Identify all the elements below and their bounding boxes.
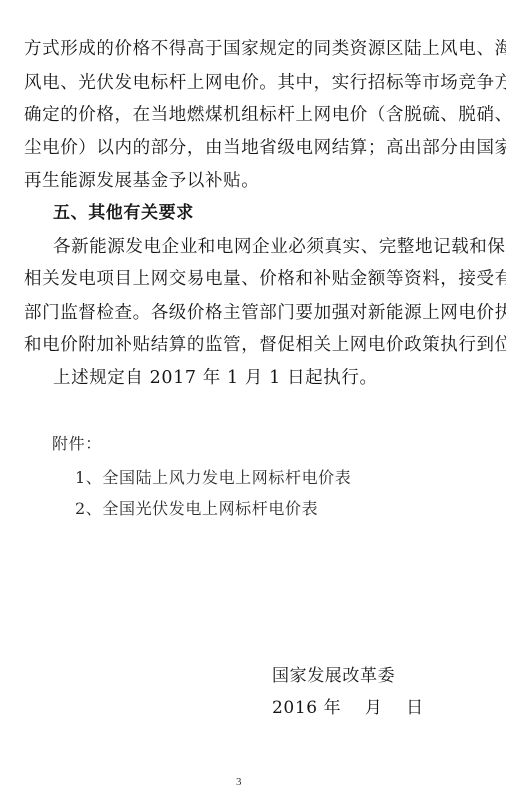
issuer-signature: 国家发展改革委 xyxy=(272,665,395,687)
paragraph-line: 方式形成的价格不得高于国家规定的同类资源区陆上风电、海上 xyxy=(24,38,506,60)
paragraph-line: 和电价附加补贴结算的监管，督促相关上网电价政策执行到位。 xyxy=(24,334,506,356)
effective-date: 上述规定自 2017 年 1 月 1 日起执行。 xyxy=(53,367,378,389)
attachments-label: 附件： xyxy=(52,433,102,455)
page-number: 3 xyxy=(236,776,242,788)
section-heading: 五、其他有关要求 xyxy=(53,202,194,224)
attachment-item: 2、全国光伏发电上网标杆电价表 xyxy=(75,498,318,520)
paragraph-line: 确定的价格，在当地燃煤机组标杆上网电价（含脱硫、脱硝、除 xyxy=(24,104,506,126)
signature-date: 2016 年 月 日 xyxy=(272,697,424,719)
attachment-item: 1、全国陆上风力发电上网标杆电价表 xyxy=(75,467,351,489)
paragraph-line: 风电、光伏发电标杆上网电价。其中，实行招标等市场竞争方式 xyxy=(24,72,506,94)
paragraph-line: 尘电价）以内的部分，由当地省级电网结算；高出部分由国家可 xyxy=(24,137,506,159)
paragraph-line: 相关发电项目上网交易电量、价格和补贴金额等资料，接受有关 xyxy=(24,268,506,290)
paragraph-line: 各新能源发电企业和电网企业必须真实、完整地记载和保存 xyxy=(53,236,506,258)
paragraph-line: 部门监督检查。各级价格主管部门要加强对新能源上网电价执行 xyxy=(24,302,506,324)
paragraph-line: 再生能源发展基金予以补贴。 xyxy=(24,170,259,192)
